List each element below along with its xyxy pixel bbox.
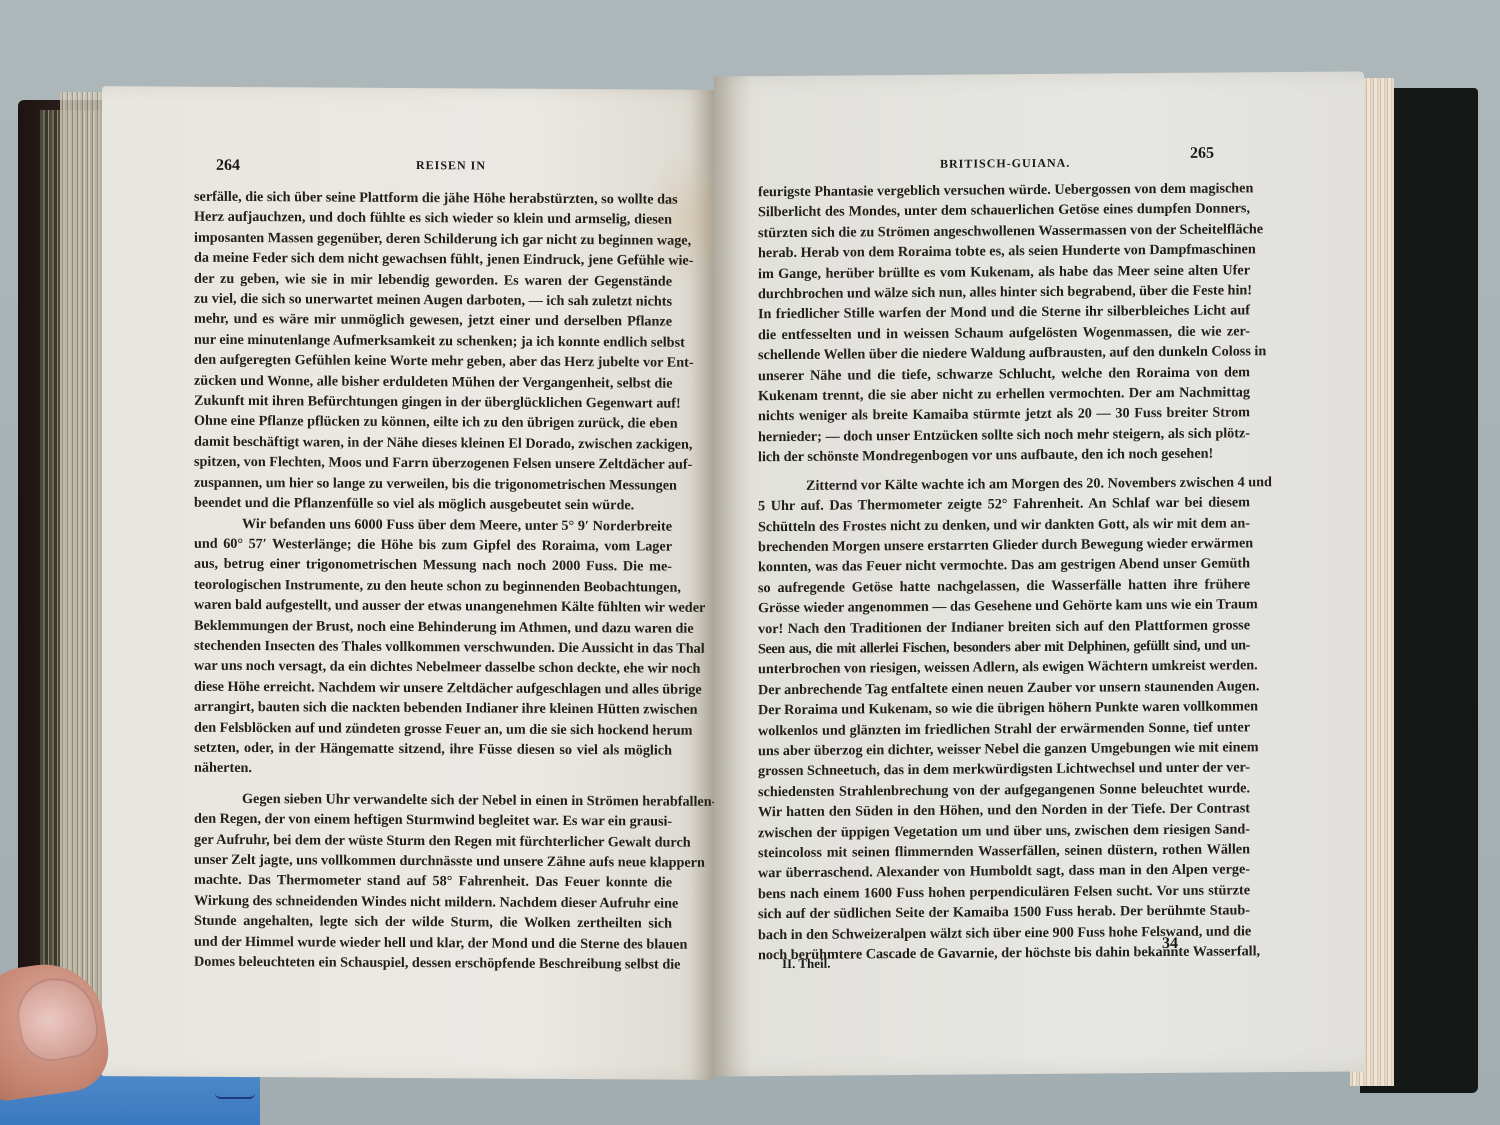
left-page: 264 REISEN IN serfälle, die sich über se… bbox=[102, 86, 714, 1080]
text-line: unser Zelt jagte, uns vollkommen durchnä… bbox=[194, 850, 672, 873]
text-line: den Regen, der von einem heftigen Sturmw… bbox=[194, 809, 672, 832]
text-line: teorologischen Instrumente, zu den heute… bbox=[194, 574, 672, 597]
text-line: beendet und die Pflanzenfülle so viel al… bbox=[194, 493, 672, 516]
text-line: diese Höhe erreicht. Nachdem wir unsere … bbox=[194, 676, 672, 699]
book-photo-scene: 264 REISEN IN serfälle, die sich über se… bbox=[0, 0, 1500, 1125]
paragraph-start: Gegen sieben Uhr verwandelte sich der Ne… bbox=[194, 788, 672, 811]
text-line: machte. Das Thermometer stand auf 58° Fa… bbox=[194, 870, 672, 893]
right-page-body: feurigste Phantasie vergeblich versuchen… bbox=[758, 178, 1250, 965]
text-line: lich der schönste Mondregenbogen vor uns… bbox=[758, 444, 1250, 468]
text-line: der zu geben, wie sie in mir lebendig ge… bbox=[194, 268, 672, 291]
text-line: nur eine minutenlange Aufmerksamkeit zu … bbox=[194, 330, 672, 353]
text-line: und der Himmel wurde wieder hell und kla… bbox=[194, 931, 672, 954]
text-line: arrangirt, bauten sich die nackten beben… bbox=[194, 697, 672, 720]
text-line: serfälle, die sich über seine Plattform … bbox=[194, 187, 672, 210]
sheet-number: 34 bbox=[1162, 935, 1178, 953]
signature-mark: II. Theil. bbox=[782, 956, 831, 972]
text-line: Herz aufjauchzen, und doch fühlte es sic… bbox=[194, 207, 672, 230]
text-line: war uns noch versagt, da ein dichtes Neb… bbox=[194, 656, 672, 679]
text-line: Domes beleuchteten ein Schauspiel, desse… bbox=[194, 952, 672, 975]
text-line: Zukunft mit ihren Befürchtungen gingen i… bbox=[194, 391, 672, 414]
text-line: mehr, und es wäre mir unmöglich gewesen,… bbox=[194, 309, 672, 332]
text-line: zücken und Wonne, alle bisher erduldeten… bbox=[194, 370, 672, 393]
page-number-left: 264 bbox=[216, 157, 240, 175]
text-line: waren bald aufgestellt, und ausser der e… bbox=[194, 595, 672, 618]
text-line: stechenden Insecten des Thales vollkomme… bbox=[194, 636, 672, 659]
page-number-right: 265 bbox=[1190, 145, 1214, 163]
text-line: näherten. bbox=[194, 758, 672, 781]
running-head-right: BRITISCH-GUIANA. bbox=[940, 156, 1070, 172]
text-line: Wirkung des schneidenden Windes nicht mi… bbox=[194, 891, 672, 914]
text-line: Ohne eine Pflanze pflücken zu können, ei… bbox=[194, 411, 672, 434]
text-line: setzten, oder, in der Hängematte sitzend… bbox=[194, 738, 672, 761]
text-line: ger Aufruhr, bei dem der wüste Sturm den… bbox=[194, 829, 672, 852]
text-line: Stunde angehalten, legte sich der wilde … bbox=[194, 911, 672, 934]
text-line: und 60° 57′ Westerlänge; die Höhe bis zu… bbox=[194, 534, 672, 557]
left-page-fore-edge bbox=[60, 92, 104, 1072]
cloth-marking bbox=[215, 1093, 255, 1099]
left-page-body: serfälle, die sich über seine Plattform … bbox=[194, 187, 672, 975]
text-line: damit beschäftigt waren, in der Nähe die… bbox=[194, 432, 672, 455]
text-line: Beklemmungen der Brust, noch eine Behind… bbox=[194, 615, 672, 638]
text-line: zuspannen, um hier so lange zu verweilen… bbox=[194, 472, 672, 495]
paragraph-start: Wir befanden uns 6000 Fuss über dem Meer… bbox=[194, 513, 672, 536]
text-line: spitzen, von Flechten, Moos und Farrn üb… bbox=[194, 452, 672, 475]
text-line: den Felsblöcken auf und zündeten grosse … bbox=[194, 717, 672, 740]
running-head-left: REISEN IN bbox=[416, 158, 486, 173]
text-line: aus, betrug einer trigonometrischen Mess… bbox=[194, 554, 672, 577]
text-line: zu viel, die sich so unerwartet meinen A… bbox=[194, 289, 672, 312]
text-line: den aufgeregten Gefühlen keine Worte meh… bbox=[194, 350, 672, 373]
text-line: da meine Feder sich dem nicht gewachsen … bbox=[194, 248, 672, 271]
text-line: imposanten Massen gegenüber, deren Schil… bbox=[194, 228, 672, 251]
right-page: BRITISCH-GUIANA. 265 feurigste Phantasie… bbox=[714, 71, 1364, 1076]
